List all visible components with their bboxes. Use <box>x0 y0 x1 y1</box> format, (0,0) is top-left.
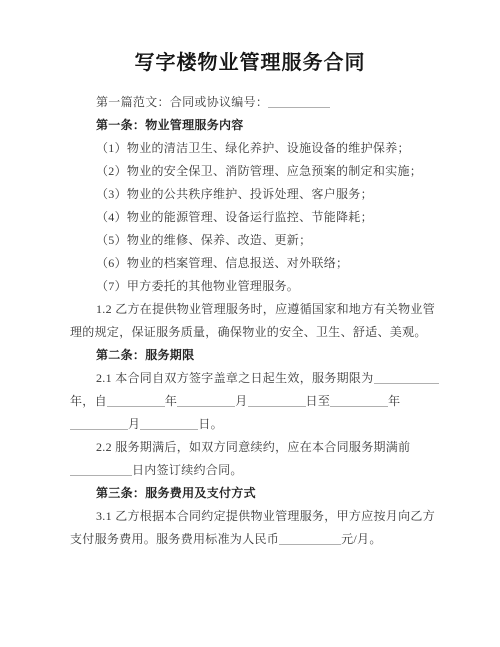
service-item-6: （6）物业的档案管理、信息报送、对外联络； <box>70 252 430 275</box>
service-item-1: （1）物业的清洁卫生、绿化养护、设施设备的维护保养； <box>70 137 430 160</box>
clause-2-1-line-3: 月日。 <box>70 413 430 436</box>
fill-in-blank <box>279 532 341 545</box>
service-item-7: （7）甲方委托的其他物业管理服务。 <box>70 275 430 298</box>
text-segment: 年，自 <box>70 394 107 408</box>
text-segment: 日内签订续约合同。 <box>132 463 243 477</box>
intro-contract-number-line: 第一篇范文：合同或协议编号： <box>70 91 430 114</box>
section-1-heading: 第一条：物业管理服务内容 <box>70 114 430 137</box>
clause-3-1-line-1: 3.1 乙方根据本合同约定提供物业管理服务，甲方应按月向乙方 <box>70 505 430 528</box>
text-segment: 日至 <box>306 394 331 408</box>
text-segment: 2.1 本合同自双方签字盖章之日起生效，服务期限为 <box>96 371 374 385</box>
clause-2-1-line-1: 2.1 本合同自双方签字盖章之日起生效，服务期限为 <box>70 367 430 390</box>
clause-3-1-line-2: 支付服务费用。服务费用标准为人民币元/月。 <box>70 528 430 551</box>
fill-in-blank <box>107 394 165 407</box>
fill-in-blank <box>70 463 132 476</box>
fill-in-blank <box>177 394 235 407</box>
text-segment: 支付服务费用。服务费用标准为人民币 <box>70 532 279 546</box>
fill-in-blank <box>268 95 330 108</box>
fill-in-blank <box>330 394 388 407</box>
clause-2-2-line-2: 日内签订续约合同。 <box>70 459 430 482</box>
contract-document-page: 写字楼物业管理服务合同 第一篇范文：合同或协议编号： 第一条：物业管理服务内容 … <box>0 0 500 647</box>
service-item-4: （4）物业的能源管理、设备运行监控、节能降耗； <box>70 206 430 229</box>
clause-1-2-line-1: 1.2 乙方在提供物业管理服务时，应遵循国家和地方有关物业管 <box>70 298 430 321</box>
section-2-heading: 第二条：服务期限 <box>70 344 430 367</box>
section-3-heading: 第三条：服务费用及支付方式 <box>70 482 430 505</box>
fill-in-blank <box>374 371 439 384</box>
service-item-2: （2）物业的安全保卫、消防管理、应急预案的制定和实施； <box>70 160 430 183</box>
text-segment: 月 <box>128 417 140 431</box>
contract-title: 写字楼物业管理服务合同 <box>70 48 430 78</box>
fill-in-blank <box>140 417 198 430</box>
text-segment: 年 <box>388 394 400 408</box>
text-segment: 元/月。 <box>341 532 382 546</box>
text-segment: 年 <box>165 394 177 408</box>
text-segment: 第一篇范文：合同或协议编号： <box>96 95 268 109</box>
fill-in-blank <box>70 417 128 430</box>
text-segment: 月 <box>235 394 247 408</box>
service-item-5: （5）物业的维修、保养、改造、更新； <box>70 229 430 252</box>
clause-2-1-line-2: 年，自年月日至年 <box>70 390 430 413</box>
clause-1-2-line-2: 理的规定，保证服务质量，确保物业的安全、卫生、舒适、美观。 <box>70 321 430 344</box>
text-segment: 日。 <box>198 417 223 431</box>
clause-2-2-line-1: 2.2 服务期满后，如双方同意续约，应在本合同服务期满前 <box>70 436 430 459</box>
service-item-3: （3）物业的公共秩序维护、投诉处理、客户服务； <box>70 183 430 206</box>
fill-in-blank <box>248 394 306 407</box>
